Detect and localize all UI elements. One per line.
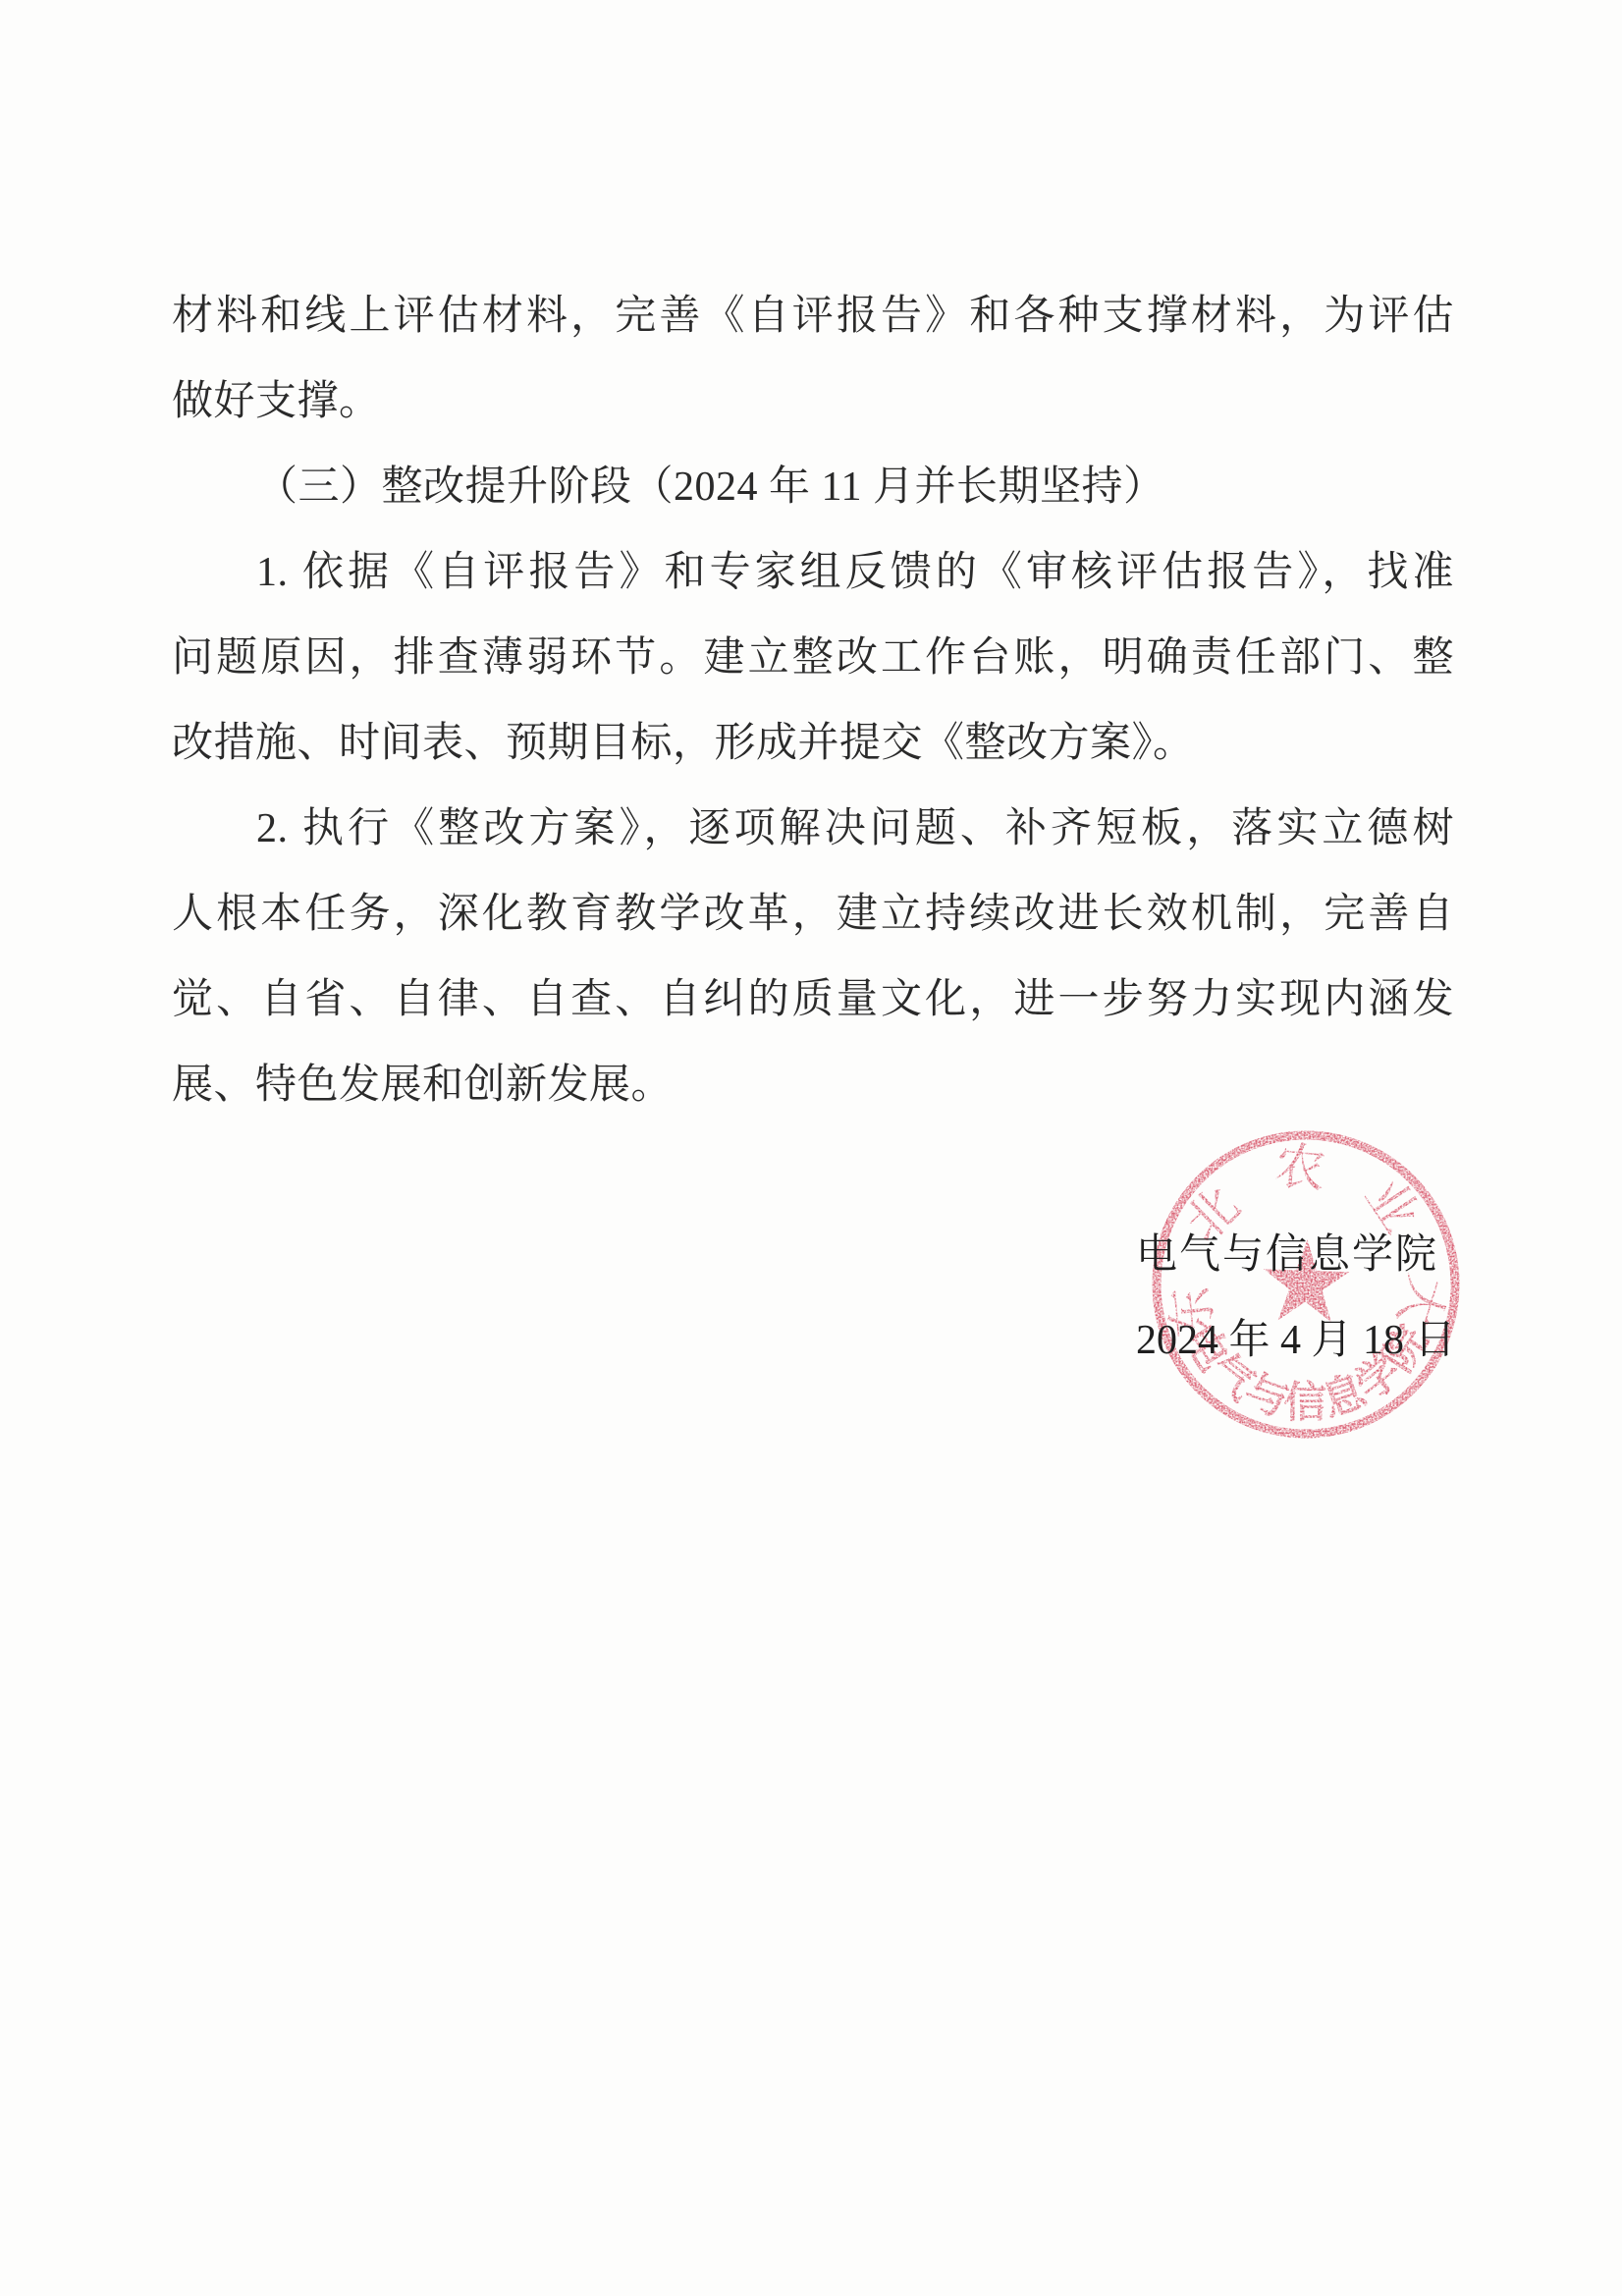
body-text: 材料和线上评估材料，完善《自评报告》和各种支撑材料，为评估 做好支撑。 （三）整…	[172, 274, 1454, 1128]
body-line: 1. 依据《自评报告》和专家组反馈的《审核评估报告》，找准	[172, 530, 1454, 616]
body-line: 做好支撑。	[172, 359, 1454, 445]
signature-organization: 电气与信息学院	[1136, 1213, 1456, 1298]
body-line: 改措施、时间表、预期目标，形成并提交《整改方案》。	[172, 701, 1454, 787]
signature-date: 2024 年 4 月 18 日	[1136, 1298, 1456, 1384]
signature-block: 电气与信息学院 2024 年 4 月 18 日	[1136, 1213, 1456, 1384]
body-line: 展、特色发展和创新发展。	[172, 1043, 1454, 1128]
body-line: 问题原因，排查薄弱环节。建立整改工作台账，明确责任部门、整	[172, 616, 1454, 701]
document-page: 材料和线上评估材料，完善《自评报告》和各种支撑材料，为评估 做好支撑。 （三）整…	[0, 0, 1622, 2296]
section-heading: （三）整改提升阶段（2024 年 11 月并长期坚持）	[172, 445, 1454, 530]
body-line: 2. 执行《整改方案》，逐项解决问题、补齐短板，落实立德树	[172, 787, 1454, 872]
body-line: 觉、自省、自律、自查、自纠的质量文化，进一步努力实现内涵发	[172, 957, 1454, 1043]
body-line: 人根本任务，深化教育教学改革，建立持续改进长效机制，完善自	[172, 872, 1454, 957]
body-line: 材料和线上评估材料，完善《自评报告》和各种支撑材料，为评估	[172, 274, 1454, 359]
